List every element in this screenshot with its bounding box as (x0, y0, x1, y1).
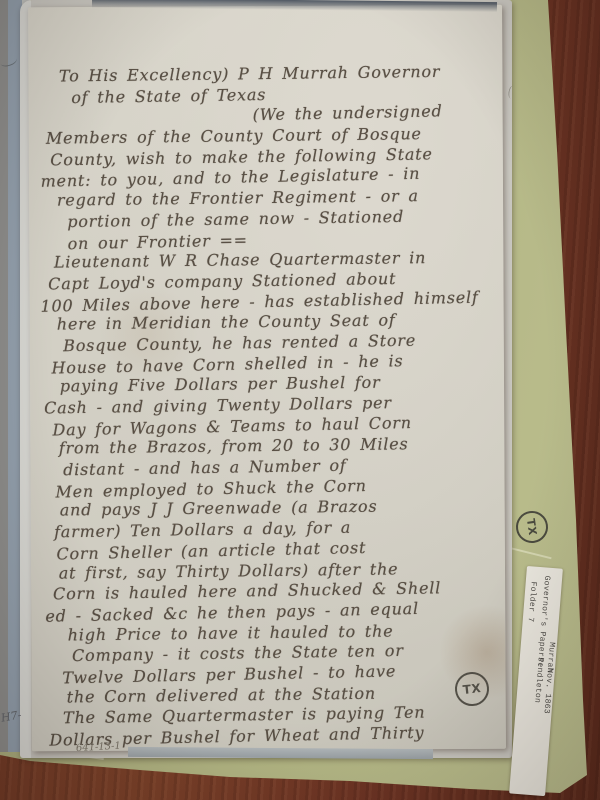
tx-stamp-text: TX (524, 518, 539, 537)
folder-label-folder: Folder 7 (525, 581, 539, 623)
tx-stamp-text: TX (462, 681, 482, 697)
sleeve-bottom-edge (128, 747, 433, 759)
archival-photo-scene: To His Excellency) P H Murrah Governorof… (0, 0, 600, 800)
handwritten-letter-sheet: To His Excellency) P H Murrah Governorof… (28, 5, 506, 751)
letter-text-block: To His Excellency) P H Murrah Governorof… (37, 60, 504, 750)
